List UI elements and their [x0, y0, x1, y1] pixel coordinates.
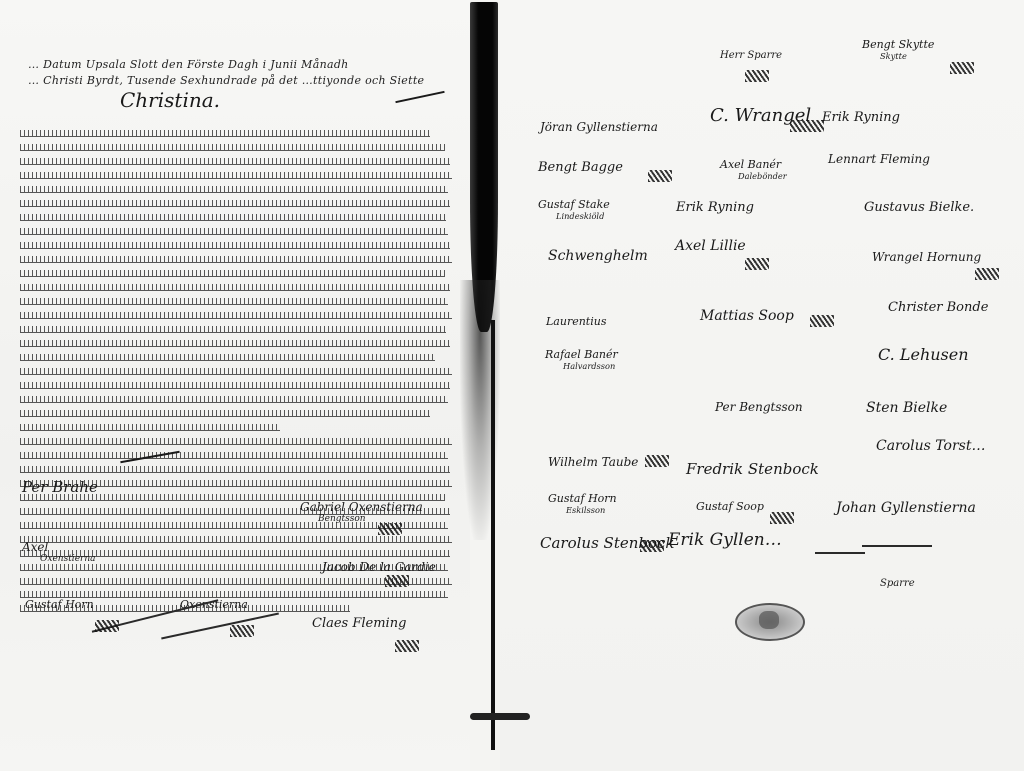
signature-flourish [950, 62, 974, 74]
signature-name: Axel Lillie [675, 238, 746, 254]
body-text-line [20, 276, 458, 289]
signature: Christer Bonde [888, 300, 988, 315]
signature: Lennart Fleming [828, 152, 930, 166]
body-text-line [20, 458, 458, 471]
signature-name: Axel [22, 540, 48, 554]
signature-flourish [745, 70, 769, 82]
signature-flourish [648, 170, 672, 182]
signature: Herr Sparre [720, 50, 782, 61]
signature-name: Mattias Soop [700, 308, 794, 324]
signature-name: Christer Bonde [888, 300, 988, 315]
signature: Johan Gyllenstierna [836, 500, 976, 516]
signature: Erik Ryning [822, 110, 900, 125]
signature: Claes Fleming [312, 616, 406, 631]
signature-stroke [862, 545, 932, 547]
signature-name: Bengt Bagge [538, 160, 623, 175]
signature-name: Rafael Banér [545, 348, 618, 361]
body-text-line [20, 304, 458, 317]
body-text-line [20, 430, 458, 443]
body-text-line [20, 360, 458, 373]
signature-name: Lennart Fleming [828, 152, 930, 166]
body-text-line [20, 290, 458, 303]
body-text-line [20, 150, 458, 163]
binding-toggle [470, 713, 530, 720]
signature-name: C. Lehusen [878, 345, 969, 364]
signature: Bengt SkytteSkytte [862, 38, 934, 61]
signature-name: Jöran Gyllenstierna [540, 120, 658, 134]
signature: Jacob De la Gardie [322, 560, 436, 574]
signature-name: Gabriel Oxenstierna [300, 500, 423, 514]
signed-heading: Christina. [120, 88, 220, 112]
body-text-line [20, 416, 458, 429]
signature: Fredrik Stenbock [686, 460, 819, 478]
signature: Rafael BanérHalvardsson [545, 348, 618, 371]
signature-name: Carolus Torst… [876, 438, 986, 454]
body-text-line [20, 318, 458, 331]
signature-name: Fredrik Stenbock [686, 460, 819, 478]
body-text-line [20, 444, 458, 457]
signature: Carolus Torst… [876, 438, 986, 454]
signature-subline: Dalebönder [738, 171, 787, 181]
signature-name: Schwenghelm [548, 248, 648, 264]
library-stamp [735, 603, 805, 641]
binding-cord [491, 320, 495, 750]
signature-name: Gustaf Stake [538, 198, 610, 211]
body-text-line [20, 206, 458, 219]
signature: Axel BanérDalebönder [720, 158, 787, 181]
body-text-line [20, 332, 458, 345]
signature-name: Gustavus Bielke. [864, 200, 974, 215]
signature-name: Herr Sparre [720, 50, 782, 61]
signature-name: Sten Bielke [866, 400, 947, 416]
signature-flourish [810, 315, 834, 327]
signature-name: Per Brahe [22, 478, 98, 496]
signature: Gustaf StakeLindeskiöld [538, 198, 610, 221]
body-text-line [20, 388, 458, 401]
signature-subline: Oxenstierna [40, 554, 95, 564]
signature-name: Sparre [880, 578, 915, 589]
body-text-line [20, 178, 458, 191]
signature: Gustavus Bielke. [864, 200, 974, 215]
signature: Schwenghelm [548, 248, 648, 264]
signature: Mattias Soop [700, 308, 794, 324]
signature-name: Erik Ryning [676, 200, 754, 215]
signature-flourish [770, 512, 794, 524]
signature-flourish [640, 540, 664, 552]
signature: Wrangel Hornung [872, 250, 981, 264]
signature: Gustaf Horn [25, 598, 94, 611]
signature: C. Lehusen [878, 345, 969, 364]
body-text-line [20, 234, 458, 247]
signature: Wilhelm Taube [548, 455, 638, 469]
stamp-emblem [759, 611, 779, 629]
signature-name: Claes Fleming [312, 616, 406, 631]
body-text-line [20, 136, 458, 149]
signature-flourish [790, 120, 824, 132]
signature: Per Bengtsson [715, 400, 803, 414]
signature-name: Erik Ryning [822, 110, 900, 125]
signature-stroke [815, 552, 865, 554]
signature: Gabriel OxenstiernaBengtsson [300, 500, 423, 524]
signature: Erik Ryning [676, 200, 754, 215]
signature-name: Jacob De la Gardie [322, 560, 436, 574]
book-spine [458, 0, 502, 771]
signature-name: Johan Gyllenstierna [836, 500, 976, 516]
body-text [20, 122, 458, 611]
signature-flourish [230, 625, 254, 637]
signature-name: Wilhelm Taube [548, 455, 638, 469]
signature-subline: Halvardsson [563, 361, 618, 371]
signature-name: Per Bengtsson [715, 400, 803, 414]
signature: Bengt Bagge [538, 160, 623, 175]
signature-name: Bengt Skytte [862, 38, 934, 51]
signature-name: Axel Banér [720, 158, 781, 171]
signature-flourish [385, 575, 409, 587]
signature: Erik Gyllen… [668, 530, 782, 550]
body-text-line [20, 220, 458, 233]
signature: Axel Lillie [675, 238, 746, 254]
body-text-line [20, 374, 458, 387]
signature: Gustaf Soop [696, 500, 764, 513]
body-text-line [20, 248, 458, 261]
signature: Sparre [880, 578, 915, 589]
signature-name: Laurentius [546, 315, 606, 328]
signature-name: Gustaf Horn [25, 598, 94, 611]
signature-name: Wrangel Hornung [872, 250, 981, 264]
signature-subline: Bengtsson [318, 514, 423, 524]
signature-name: Gustaf Horn [548, 492, 617, 505]
signature-flourish [395, 640, 419, 652]
header-line-1: … Datum Upsala Slott den Förste Dagh i J… [28, 58, 349, 71]
signature-flourish [745, 258, 769, 270]
signature-name: Erik Gyllen… [668, 530, 782, 550]
header-line-2: … Christi Byrdt, Tusende Sexhundrade på … [28, 74, 424, 87]
body-text-line [20, 192, 458, 205]
signature-subline: Skytte [880, 51, 934, 61]
signature: Gustaf HornEskilsson [548, 492, 617, 515]
signature-subline: Lindeskiöld [556, 211, 610, 221]
body-text-line [20, 122, 458, 135]
body-text-line [20, 346, 458, 359]
signature: Laurentius [546, 315, 606, 328]
signature-subline: Eskilsson [566, 505, 617, 515]
signature: AxelOxenstierna [22, 540, 95, 564]
signature-name: Gustaf Soop [696, 500, 764, 513]
signature: Per Brahe [22, 478, 98, 496]
signature-flourish [95, 620, 119, 632]
signature: Sten Bielke [866, 400, 947, 416]
signature: Jöran Gyllenstierna [540, 120, 658, 134]
body-text-line [20, 164, 458, 177]
body-text-line [20, 262, 458, 275]
signature-flourish [378, 523, 402, 535]
signature-flourish [645, 455, 669, 467]
signature-flourish [975, 268, 999, 280]
body-text-line [20, 402, 458, 415]
